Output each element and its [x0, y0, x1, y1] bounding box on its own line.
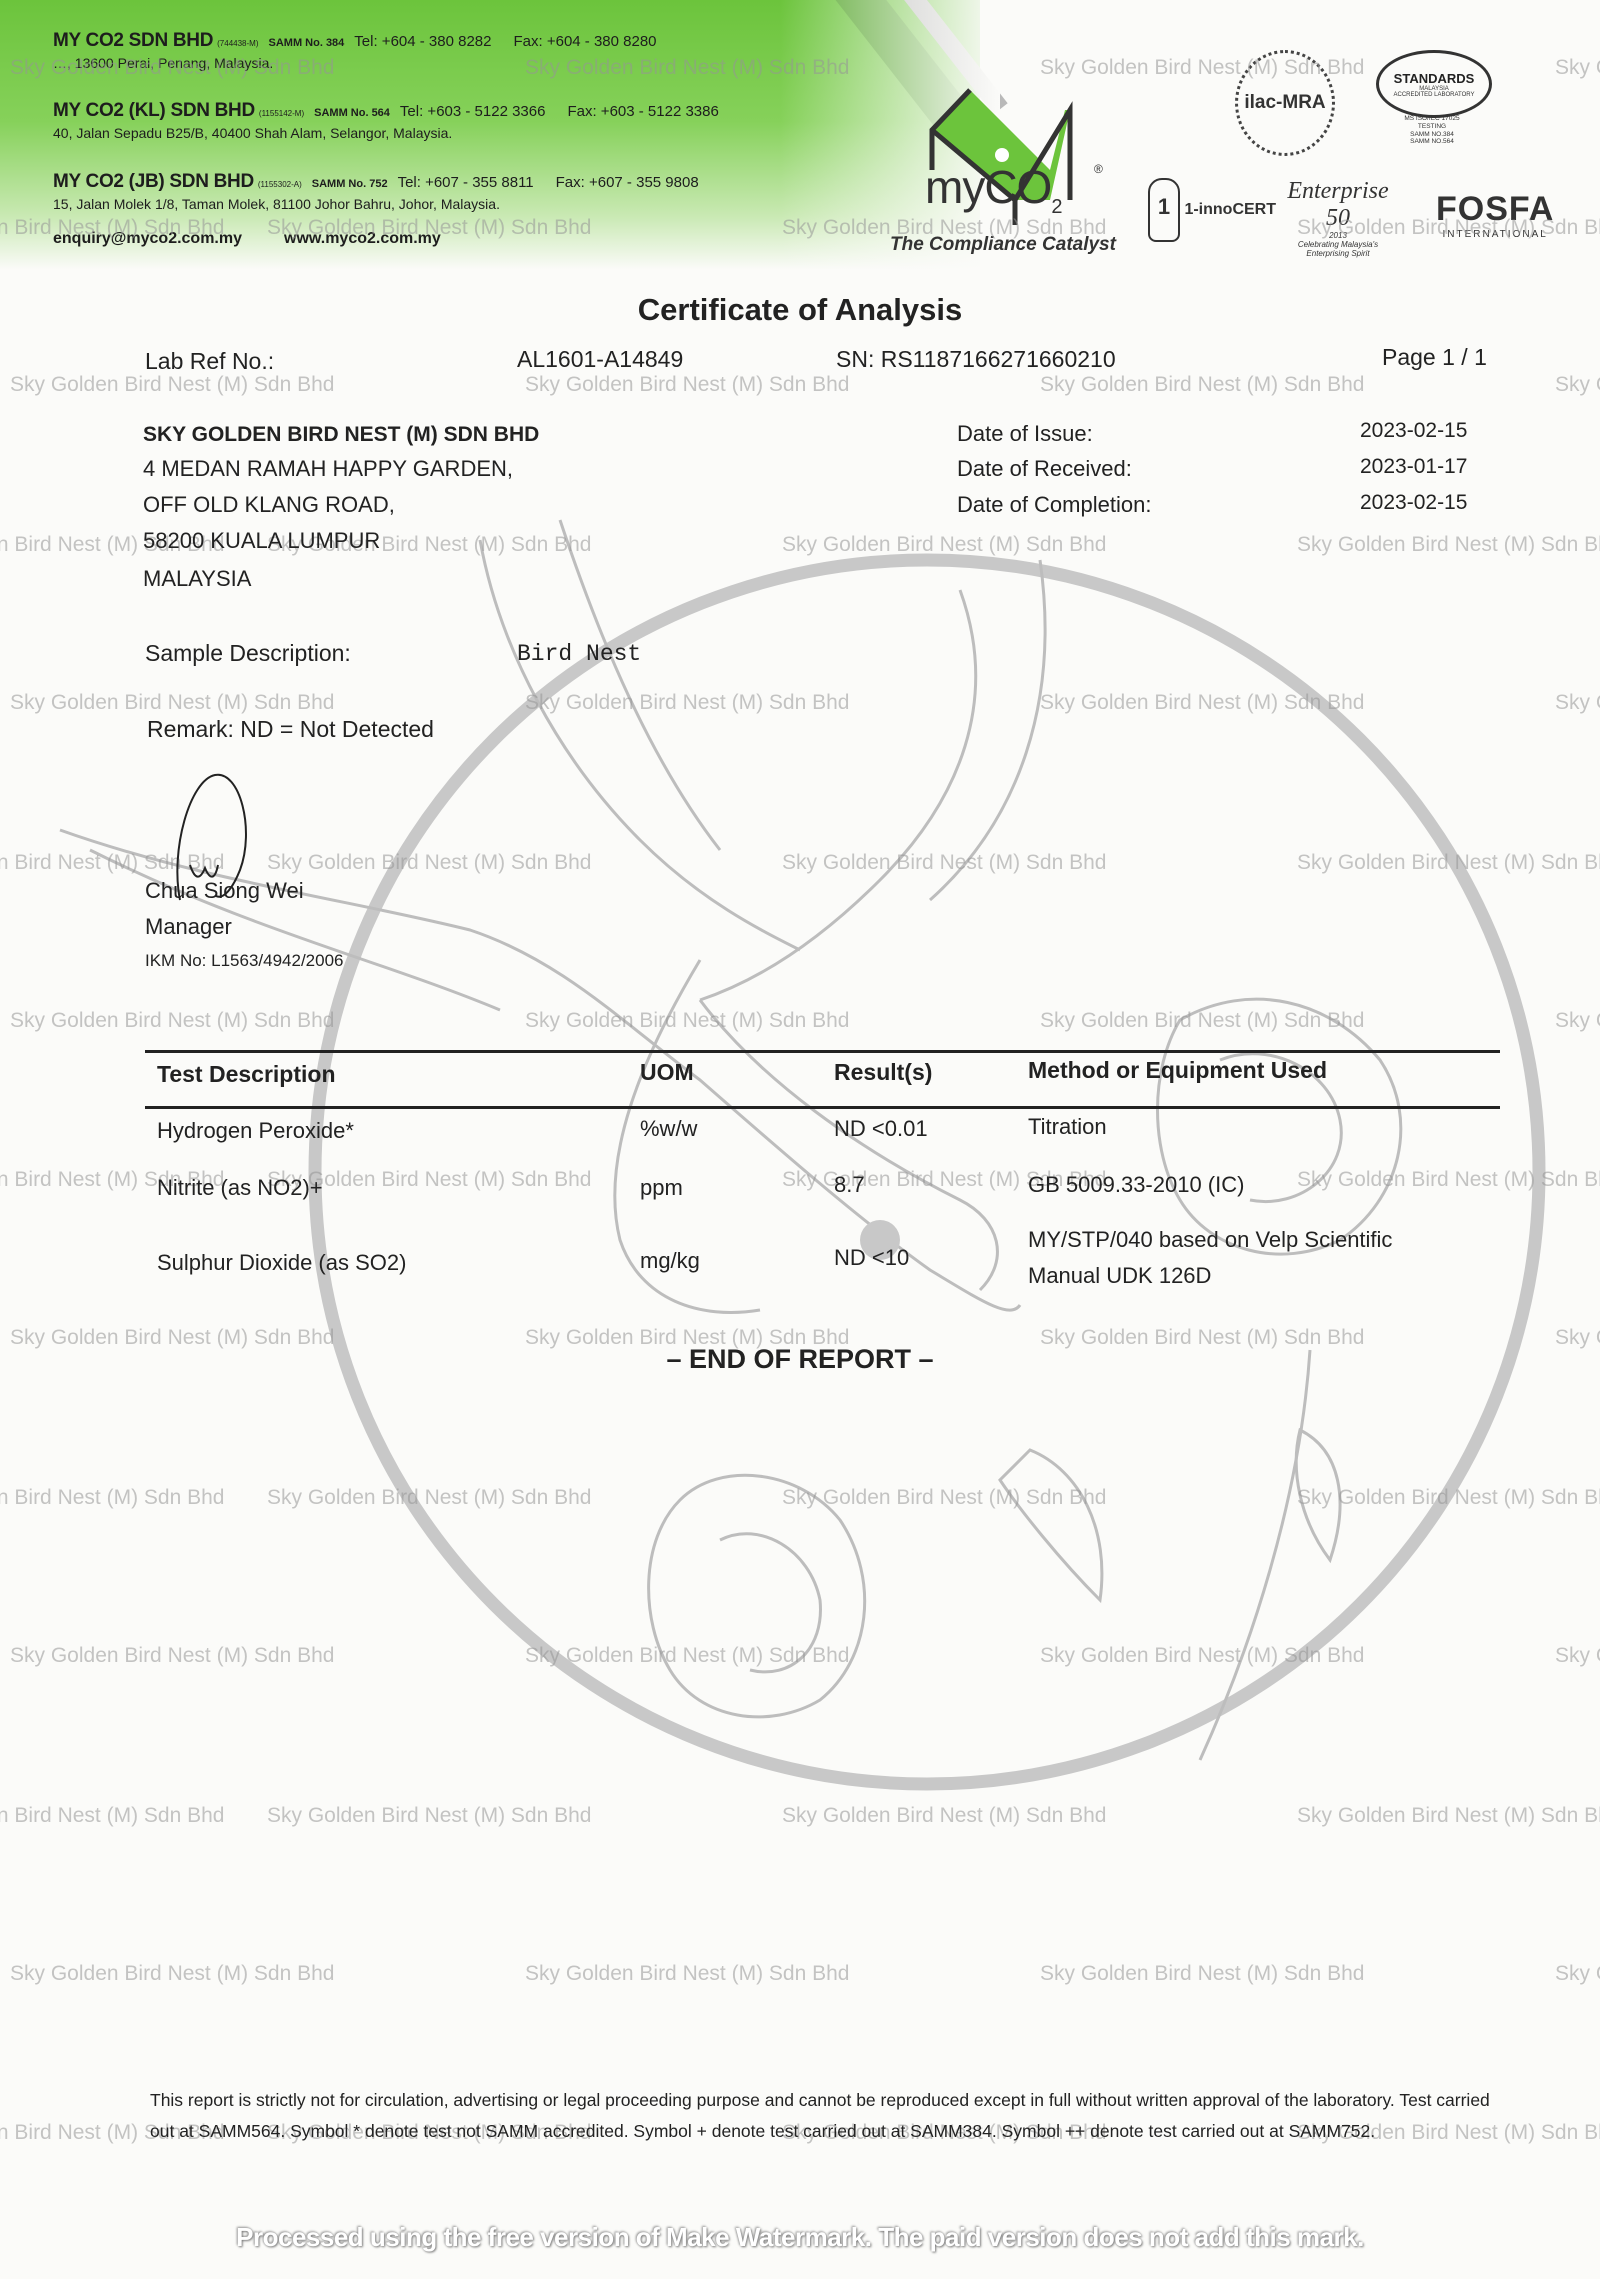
company-tel: Tel: +607 - 355 8811: [398, 174, 534, 191]
watermark-text: Sky Golden Bird Nest (M) Sdn Bhd: [10, 1009, 334, 1033]
column-header: UOM: [640, 1059, 694, 1086]
method: GB 5009.33-2010 (IC): [1028, 1172, 1244, 1198]
watermark-text: Sky Golden Bird Nest (M) Sdn Bhd: [267, 1486, 591, 1510]
registered-mark: ®: [1094, 162, 1103, 176]
watermark-text: Sky Golden Bird Nest (M) Sdn Bhd: [782, 533, 1106, 557]
company-samm: SAMM No. 564: [314, 107, 390, 119]
tool-watermark: Processed using the free version of Make…: [0, 2222, 1600, 2253]
client-address-line: OFF OLD KLANG ROAD,: [143, 492, 395, 518]
date-value: 2023-01-17: [1360, 455, 1467, 479]
company-samm: SAMM No. 384: [269, 37, 345, 49]
lab-ref-label: Lab Ref No.:: [145, 348, 274, 375]
watermark-text: Sky Golden Bird Nest (M) Sdn Bhd: [10, 1962, 334, 1986]
watermark-text: Sky Golden Bird Nest (M) Sdn Bhd: [1040, 1644, 1364, 1668]
company-address: 40, Jalan Sepadu B25/B, 40400 Shah Alam,…: [53, 125, 719, 141]
watermark-text: Sky Golden Bird Nest (M) Sdn Bhd: [1555, 691, 1600, 715]
company-reg: (744438-M): [217, 39, 258, 48]
company-address: 15, Jalan Molek 1/8, Taman Molek, 81100 …: [53, 196, 699, 212]
watermark-text: Sky Golden Bird Nest (M) Sdn Bhd: [1297, 533, 1600, 557]
uom: %w/w: [640, 1116, 697, 1142]
date-label: Date of Issue:: [957, 421, 1093, 447]
watermark-text: Sky Golden Bird Nest (M) Sdn Bhd: [267, 1804, 591, 1828]
result: ND <10: [834, 1245, 909, 1271]
page-indicator: Page 1 / 1: [1382, 344, 1487, 371]
watermark-text: Sky Golden Bird Nest (M) Sdn Bhd: [10, 691, 334, 715]
company-kedah-penang: MY CO2 SDN BHD(744438-M)SAMM No. 384Tel:…: [53, 30, 657, 71]
date-label: Date of Completion:: [957, 492, 1151, 518]
watermark-text: Sky Golden Bird Nest (M) Sdn Bhd: [1040, 691, 1364, 715]
watermark-text: Sky Golden Bird Nest (M) Sdn Bhd: [525, 1962, 849, 1986]
result: 8.7: [834, 1172, 865, 1198]
table-top-rule: [145, 1050, 1500, 1053]
date-value: 2023-02-15: [1360, 419, 1467, 443]
lab-ref-value: AL1601-A14849: [517, 346, 683, 373]
page-title: Certificate of Analysis: [0, 292, 1600, 328]
sample-description-value: Bird Nest: [517, 641, 641, 667]
company-samm: SAMM No. 752: [312, 178, 388, 190]
company-fax: Fax: +603 - 5122 3386: [567, 103, 718, 120]
innocert-logo-icon: 1 1-innoCERT: [1148, 178, 1276, 242]
test-description: Sulphur Dioxide (as SO2): [157, 1250, 406, 1276]
table-header-rule: [145, 1106, 1500, 1109]
fosfa-logo-icon: FOSFA INTERNATIONAL: [1436, 190, 1554, 240]
watermark-text: Sky Golden Bird Nest (M) Sdn Bhd: [0, 1486, 224, 1510]
watermark-text: Sky Golden Bird Nest (M) Sdn Bhd: [525, 1009, 849, 1033]
email-link[interactable]: enquiry@myco2.com.my: [53, 230, 242, 247]
company-address: …, 13600 Perai, Penang, Malaysia.: [53, 55, 657, 71]
client-name: SKY GOLDEN BIRD NEST (M) SDN BHD: [143, 423, 539, 447]
column-header: Result(s): [834, 1059, 932, 1086]
company-jb: MY CO2 (JB) SDN BHD(1155302-A)SAMM No. 7…: [53, 171, 699, 212]
enterprise-50-logo-icon: Enterprise 50 2013 Celebrating Malaysia'…: [1283, 178, 1393, 258]
ilac-mra-logo-icon: ilac-MRA: [1235, 50, 1335, 156]
company-tel: Tel: +603 - 5122 3366: [400, 103, 546, 120]
column-header: Test Description: [157, 1061, 336, 1088]
watermark-text: Sky Golden Bird Nest (M) Sdn Bhd: [1297, 1804, 1600, 1828]
company-name: MY CO2 (JB) SDN BHD: [53, 171, 254, 192]
company-name: MY CO2 SDN BHD: [53, 30, 213, 51]
client-address-line: 4 MEDAN RAMAH HAPPY GARDEN,: [143, 456, 513, 482]
client-address-line: 58200 KUALA LUMPUR: [143, 528, 380, 554]
watermark-text: Sky Golden Bird Nest (M) Sdn Bhd: [525, 691, 849, 715]
end-of-report: – END OF REPORT –: [0, 1344, 1600, 1375]
signatory-title: Manager: [145, 914, 232, 940]
date-value: 2023-02-15: [1360, 491, 1467, 515]
company-tel: Tel: +604 - 380 8282: [354, 33, 491, 50]
uom: ppm: [640, 1175, 683, 1201]
company-fax: Fax: +604 - 380 8280: [514, 33, 657, 50]
watermark-text: Sky Golden Bird Nest (M) Sdn Bhd: [782, 1486, 1106, 1510]
signatory-ikm: IKM No: L1563/4942/2006: [145, 951, 343, 971]
column-header: Method or Equipment Used: [1028, 1057, 1327, 1084]
watermark-text: Sky Golden Bird Nest (M) Sdn Bhd: [782, 851, 1106, 875]
brand-tagline: The Compliance Catalyst: [890, 234, 1116, 256]
standards-malaysia-logo-icon: STANDARDS MALAYSIA ACCREDITED LABORATORY: [1376, 50, 1492, 118]
watermark-text: Sky Golden Bird Nest (M) Sdn Bhd: [1040, 1962, 1364, 1986]
watermark-text: Sky Golden Bird Nest (M) Sdn Bhd: [267, 851, 591, 875]
sample-description-label: Sample Description:: [145, 640, 351, 667]
serial-number: SN: RS1187166271660210: [836, 346, 1116, 373]
watermark-text: Sky Golden Bird Nest (M) Sdn Bhd: [0, 1804, 224, 1828]
watermark-text: Sky Golden Bird Nest (M) Sdn Bhd: [1555, 1009, 1600, 1033]
company-kl: MY CO2 (KL) SDN BHD(1155142-M)SAMM No. 5…: [53, 100, 719, 141]
method: Titration: [1028, 1114, 1107, 1140]
footer-disclaimer: This report is strictly not for circulat…: [150, 2085, 1490, 2147]
company-name: MY CO2 (KL) SDN BHD: [53, 100, 255, 121]
watermark-text: Sky Golden Bird Nest (M) Sdn Bhd: [1040, 373, 1364, 397]
contact-line: enquiry@myco2.com.mywww.myco2.com.my: [53, 230, 441, 248]
brand-name: myCO2: [925, 160, 1061, 219]
method: Manual UDK 126D: [1028, 1263, 1211, 1289]
result: ND <0.01: [834, 1116, 928, 1142]
uom: mg/kg: [640, 1248, 700, 1274]
watermark-text: Sky Golden Bird Nest (M) Sdn Bhd: [10, 373, 334, 397]
myco2-logo-icon: [910, 50, 1120, 265]
test-description: Hydrogen Peroxide*: [157, 1118, 354, 1144]
watermark-text: Sky Golden Bird Nest (M) Sdn Bhd: [1555, 373, 1600, 397]
watermark-text: Sky Golden Bird Nest (M) Sdn Bhd: [1297, 1168, 1600, 1192]
company-fax: Fax: +607 - 355 9808: [556, 174, 699, 191]
remark: Remark: ND = Not Detected: [147, 716, 434, 743]
watermark-text: Sky Golden Bird Nest (M) Sdn Bhd: [10, 1644, 334, 1668]
watermark-text: Sky Golden Bird Nest (M) Sdn Bhd: [782, 1804, 1106, 1828]
company-reg: (1155142-M): [259, 109, 304, 118]
date-label: Date of Received:: [957, 456, 1132, 482]
signatory-name: Chua Siong Wei: [145, 878, 304, 904]
watermark-text: Sky Golden Bird Nest (M) Sdn Bhd: [1555, 1644, 1600, 1668]
website-link[interactable]: www.myco2.com.my: [284, 230, 441, 247]
watermark-text: Sky Golden Bird Nest (M) Sdn Bhd: [1297, 851, 1600, 875]
test-description: Nitrite (as NO2)+: [157, 1175, 323, 1201]
accreditation-note: MS ISO/IEC 17025 TESTING SAMM NO.384 SAM…: [1392, 115, 1472, 146]
watermark-text: Sky Golden Bird Nest (M) Sdn Bhd: [1555, 56, 1600, 80]
watermark-text: Sky Golden Bird Nest (M) Sdn Bhd: [1040, 1009, 1364, 1033]
watermark-text: Sky Golden Bird Nest (M) Sdn Bhd: [1297, 1486, 1600, 1510]
company-reg: (1155302-A): [258, 180, 302, 189]
watermark-text: Sky Golden Bird Nest (M) Sdn Bhd: [525, 1644, 849, 1668]
watermark-text: Sky Golden Bird Nest (M) Sdn Bhd: [1555, 1962, 1600, 1986]
method: MY/STP/040 based on Velp Scientific: [1028, 1227, 1392, 1253]
client-address-line: MALAYSIA: [143, 566, 251, 592]
watermark-text: Sky Golden Bird Nest (M) Sdn Bhd: [525, 373, 849, 397]
